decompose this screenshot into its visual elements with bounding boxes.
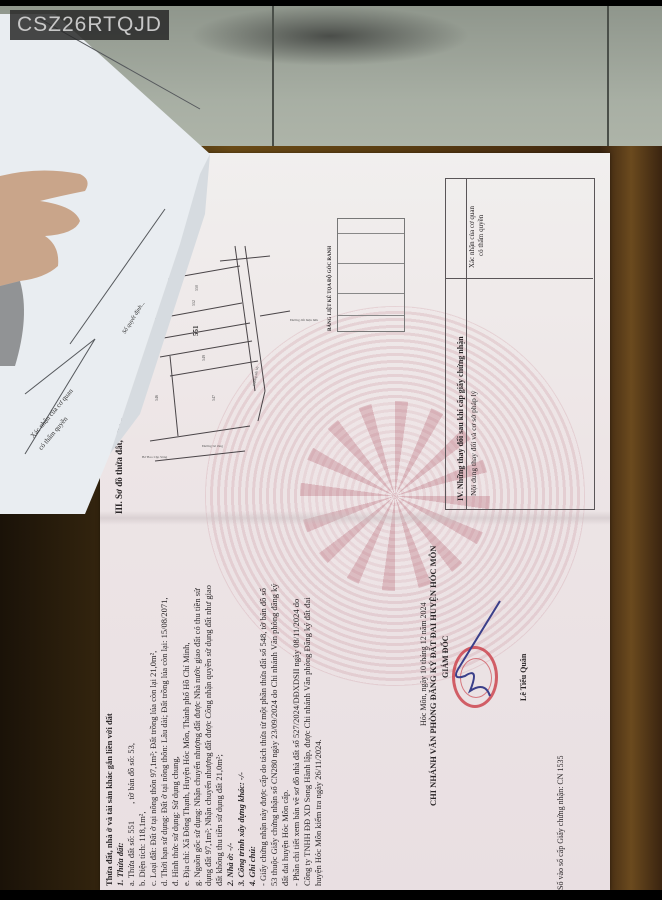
coordinate-table-title: BẢNG LIỆT KÊ TỌA ĐỘ GÓC RANH <box>328 246 334 331</box>
note-line: - Giấy chứng nhận này được cấp do tách t… <box>258 583 269 886</box>
parcel-heading: 1. Thửa đất: <box>115 583 126 886</box>
note-line: 53 thuộc Giấy chứng nhận số CN280 ngày 2… <box>269 583 280 886</box>
parcel-line-dd: đ. Hình thức sử dụng: Sử dụng chung, <box>170 583 181 886</box>
coordinate-table <box>337 218 405 332</box>
registry-number: Số vào sổ cấp Giấy chứng nhận: CN 1535 <box>555 755 566 890</box>
house-line: 2. Nhà ở: -/- <box>225 583 236 886</box>
svg-text:Đường đất hiện hữu: Đường đất hiện hữu <box>290 318 318 322</box>
watermark-label: CSZ26RTQJD <box>10 10 169 40</box>
note-line: Công ty TNHH ĐĐ XD Song Hành lập, được C… <box>302 583 313 886</box>
parcel-line-g3: đất không thu tiền sử dụng đất 21,0m²; <box>214 583 225 886</box>
parcel-line-a: a. Thửa đất số: 551 , tờ bản đồ số: 53, <box>126 583 137 886</box>
shadow <box>190 6 470 66</box>
parcel-line-b: b. Diện tích: 118,1m², <box>137 583 148 886</box>
photo-scene: Thửa đất, nhà ở và tài sản khác gắn liền… <box>0 6 662 890</box>
note-line: đất đai huyện Hóc Môn cấp. <box>280 583 291 886</box>
parcel-line-g2: dụng đất 97,1m²; Nhận chuyển nhượng đất … <box>203 583 214 886</box>
tile-seam <box>272 6 274 156</box>
parcel-line-g: g. Nguồn gốc sử dụng: Nhận chuyển nhượng… <box>192 583 203 886</box>
note-line: - Phần chi tiết xem bản vẽ sơ đồ nhà đất… <box>291 583 302 886</box>
parcel-line-c: c. Loại đất: Đất ở tại nông thôn 97,1m²;… <box>148 583 159 886</box>
other-works-line: 3. Công trình xây dựng khác: -/- <box>236 583 247 886</box>
hand <box>0 166 95 366</box>
signature <box>440 596 510 706</box>
section-1: Thửa đất, nhà ở và tài sản khác gắn liền… <box>104 583 324 886</box>
svg-text:Đường nội bộ: Đường nội bộ <box>252 366 259 386</box>
parcel-line-d: d. Thời hạn sử dụng: Đất ở tại nông thôn… <box>159 583 170 886</box>
changes-col-confirm-2: có thẩm quyền <box>476 215 487 256</box>
signer-name: Lê Tiểu Quân <box>518 654 529 701</box>
parcel-line-e: e. Địa chỉ: Xã Đông Thạnh, Huyện Hóc Môn… <box>181 583 192 886</box>
tile-seam <box>607 6 609 156</box>
note-line: huyện Hóc Môn kiểm tra ngày 26/11/2024. <box>313 583 324 886</box>
changes-col-content: Nội dung thay đổi và cơ sở pháp lý <box>468 391 479 496</box>
section-4-title: IV. Những thay đổi sau khi cấp giấy chứn… <box>455 336 466 501</box>
notes-heading: 4. Ghi chú: <box>247 583 258 886</box>
issuing-office: CHI NHÁNH VĂN PHÒNG ĐĂNG KÝ ĐẤT ĐAI HUYỆ… <box>428 546 439 806</box>
section-1-title: Thửa đất, nhà ở và tài sản khác gắn liền… <box>104 583 115 886</box>
